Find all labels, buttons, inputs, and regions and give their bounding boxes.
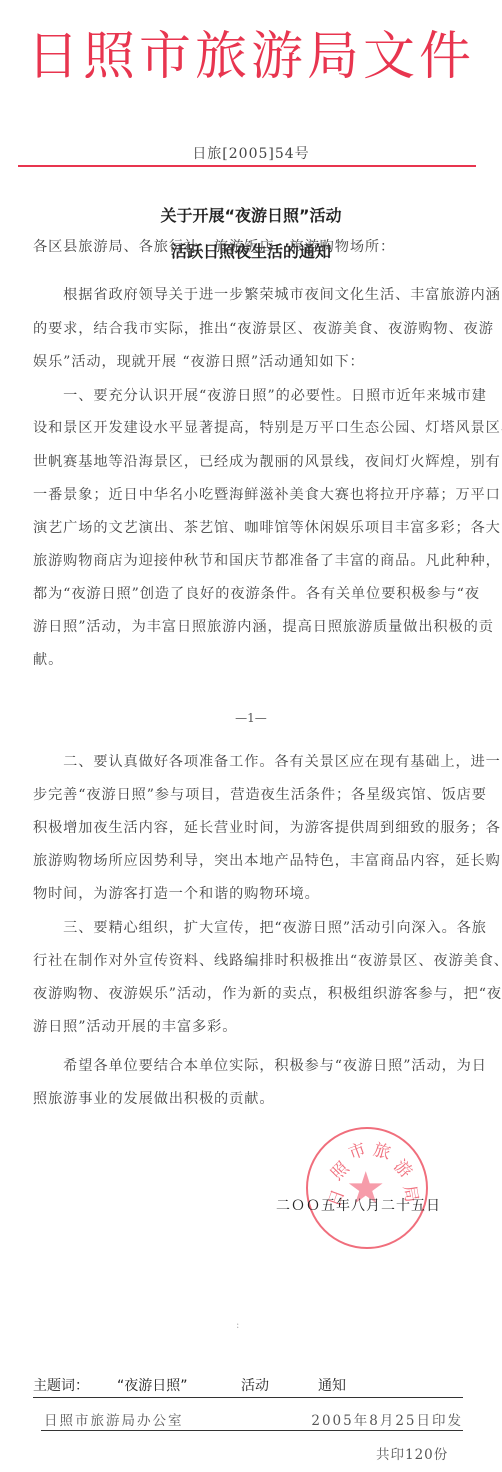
scan-mark: : bbox=[236, 1320, 239, 1331]
official-seal: ★ 日 照 市 旅 游 局 bbox=[306, 1127, 428, 1249]
body-line: 照旅游事业的发展做出积极的贡献。 bbox=[33, 1089, 274, 1109]
body-line: 物时间，为游客打造一个和谐的购物环境。 bbox=[33, 884, 320, 904]
signing-date: 二ＯＯ五年八月二十五日 bbox=[276, 1195, 441, 1215]
seal-char: 旅 bbox=[371, 1135, 394, 1164]
keywords-label: 主题词： bbox=[33, 1375, 89, 1395]
document-header-title: 日照市旅游局文件 bbox=[0, 24, 502, 90]
red-divider bbox=[18, 165, 476, 167]
body-line: 行社在制作对外宣传资料、线路编排时积极推出“夜游景区、夜游美食、 bbox=[33, 951, 502, 971]
issue-date: 2005年8月25日印发 bbox=[311, 1409, 463, 1429]
issuing-office: 日照市旅游局办公室 bbox=[44, 1409, 184, 1429]
print-copies: 共印120份 bbox=[376, 1443, 448, 1463]
body-line: 娱乐”活动，现就开展 “夜游日照”活动通知如下： bbox=[33, 352, 365, 372]
body-line: 夜游购物、夜游娱乐”活动，作为新的卖点，积极组织游客参与，把“夜 bbox=[33, 984, 502, 1004]
body-line: 游日照”活动，为丰富日照旅游内涵，提高日照旅游质量做出积极的贡 bbox=[33, 617, 494, 637]
body-line: 演艺广场的文艺演出、茶艺馆、咖啡馆等休闲娱乐项目丰富多彩；各大 bbox=[33, 518, 501, 538]
body-line: 三、要精心组织，扩大宣传，把“夜游日照”活动引向深入。各旅 bbox=[33, 918, 487, 938]
keyword: “夜游日照” bbox=[117, 1375, 188, 1395]
body-line: 各区县旅游局、各旅行社、旅游饭店、旅游购物场所： bbox=[33, 237, 395, 257]
body-line: 二、要认真做好各项准备工作。各有关景区应在现有基础上，进一 bbox=[33, 752, 501, 772]
body-line: 步完善“夜游日照”参与项目，营造夜生活条件；各星级宾馆、饭店要 bbox=[33, 785, 487, 805]
seal-char: 市 bbox=[344, 1135, 369, 1164]
body-line: 旅游购物场所应因势利导，突出本地产品特色，丰富商品内容，延长购 bbox=[33, 851, 501, 871]
body-line: 献。 bbox=[33, 650, 63, 670]
body-line: 的要求，结合我市实际，推出“夜游景区、夜游美食、夜游购物、夜游 bbox=[33, 319, 494, 339]
body-line: 一、要充分认识开展“夜游日照”的必要性。日照市近年来城市建 bbox=[33, 386, 487, 406]
body-line: 旅游购物商店为迎接仲秋节和国庆节都准备了丰富的商品。凡此种种， bbox=[33, 551, 501, 571]
seal-char: 游 bbox=[390, 1153, 420, 1183]
body-line: 根据省政府领导关于进一步繁荣城市夜间文化生活、丰富旅游内涵 bbox=[33, 285, 501, 305]
body-line: 世帆赛基地等沿海景区，已经成为靓丽的风景线，夜间灯火辉煌，别有 bbox=[33, 452, 501, 472]
body-line: 一番景象；近日中华名小吃暨海鲜滋补美食大赛也将拉开序幕；万平口 bbox=[33, 485, 501, 505]
body-line: 设和景区开发建设水平显著提高，特别是万平口生态公园、灯塔风景区、 bbox=[33, 418, 502, 438]
issuing-office-row: 日照市旅游局办公室 2005年8月25日印发 bbox=[41, 1408, 463, 1431]
body-line: 希望各单位要结合本单位实际，积极参与“夜游日照”活动，为日 bbox=[33, 1056, 487, 1076]
keyword: 活动 bbox=[241, 1375, 269, 1395]
document-number: 日旅[2005]54号 bbox=[0, 143, 502, 163]
body-line: 游日照”活动开展的丰富多彩。 bbox=[33, 1017, 237, 1037]
page-number: —1— bbox=[0, 711, 502, 725]
body-line: 都为“夜游日照”创造了良好的夜游条件。各有关单位要积极参与“夜 bbox=[33, 584, 480, 604]
keyword: 通知 bbox=[318, 1375, 346, 1395]
body-line: 积极增加夜生活内容，延长营业时间，为游客提供周到细致的服务；各 bbox=[33, 818, 501, 838]
keywords-row: 主题词： “夜游日照” 活动 通知 bbox=[33, 1375, 463, 1398]
subject-line-1: 关于开展“夜游日照”活动 bbox=[0, 203, 502, 226]
